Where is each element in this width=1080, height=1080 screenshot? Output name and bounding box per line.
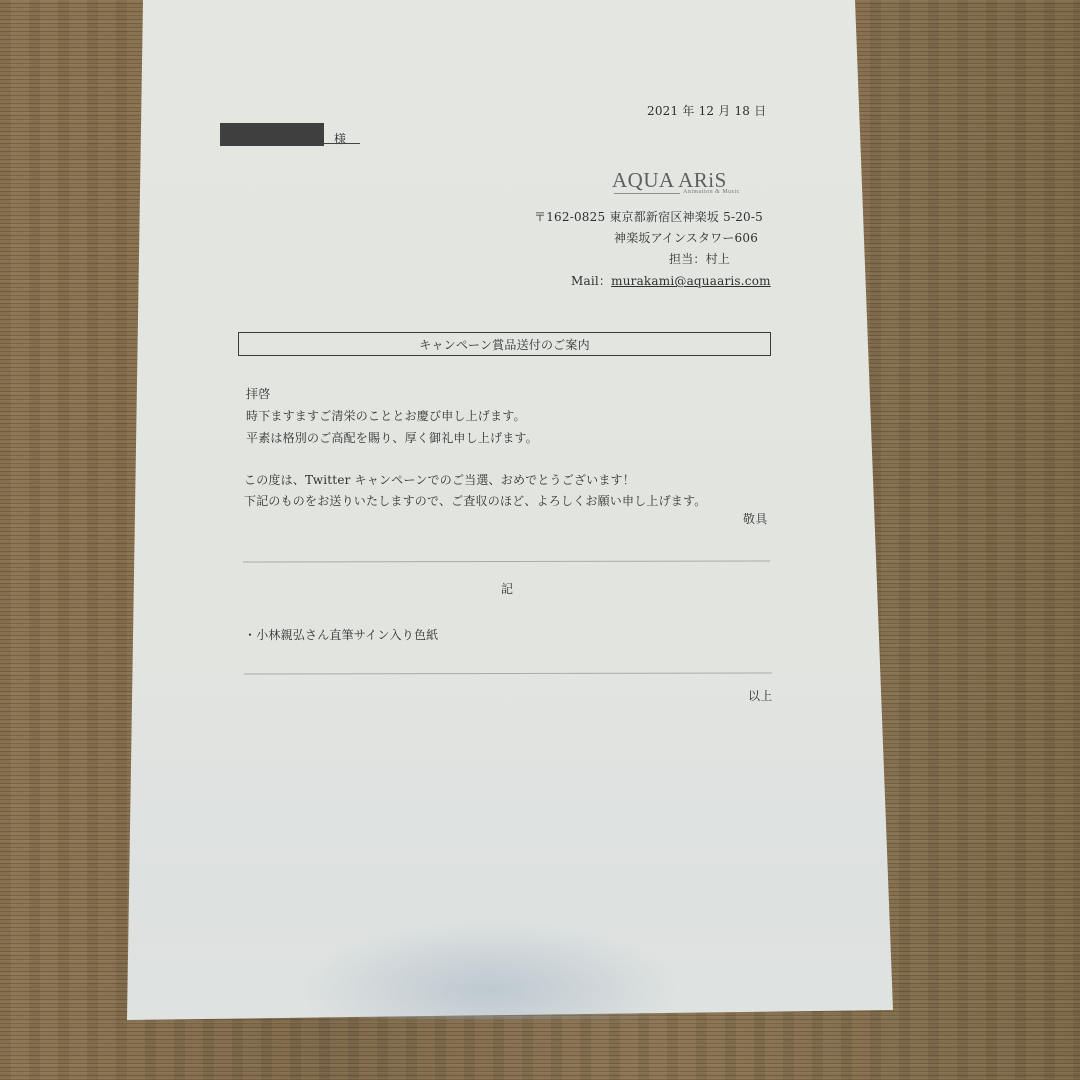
- mail-address-link[interactable]: murakami@aquaaris.com: [611, 274, 771, 288]
- subject-box: キャンペーン賞品送付のご案内: [238, 332, 771, 356]
- letter-subject: キャンペーン賞品送付のご案内: [239, 336, 770, 353]
- redacted-recipient-name: [220, 123, 324, 146]
- note-heading: 記: [501, 580, 513, 597]
- letter-paper: [0, 0, 1080, 1080]
- body-line: 時下ますますご清栄のこととお慶び申し上げます。: [246, 407, 526, 424]
- recipient-honorific: 様: [334, 130, 346, 147]
- prize-item: ・小林親弘さん直筆サイン入り色紙: [244, 626, 438, 643]
- body-line: 下記のものをお送りいたしますので、ご査収のほど、よろしくお願い申し上げます。: [244, 492, 706, 509]
- end-mark: 以上: [748, 687, 772, 704]
- sender-mail: Mail：murakami@aquaaris.com: [571, 272, 771, 289]
- company-logo-subtitle: Animation & Music: [683, 189, 740, 195]
- recipient-underline: [324, 143, 360, 144]
- closing-salutation: 敬具: [743, 510, 767, 527]
- sender-address-line1: 〒162-0825 東京都新宿区神楽坂 5-20-5: [534, 208, 763, 225]
- body-line: この度は、Twitter キャンペーンでのご当選、おめでとうございます！: [244, 471, 635, 488]
- letter-date: 2021 年 12 月 18 日: [647, 102, 766, 119]
- logo-rule: [614, 193, 680, 194]
- mail-label: Mail：: [571, 274, 611, 288]
- body-line: 平素は格別のご高配を賜り、厚く御礼申し上げます。: [246, 429, 538, 446]
- sender-address-line2: 神楽坂アインスタワー606: [614, 229, 758, 246]
- hand-shadow: [300, 920, 680, 1020]
- sender-contact-person: 担当：村上: [669, 250, 730, 267]
- opening-salutation: 拝啓: [246, 385, 270, 402]
